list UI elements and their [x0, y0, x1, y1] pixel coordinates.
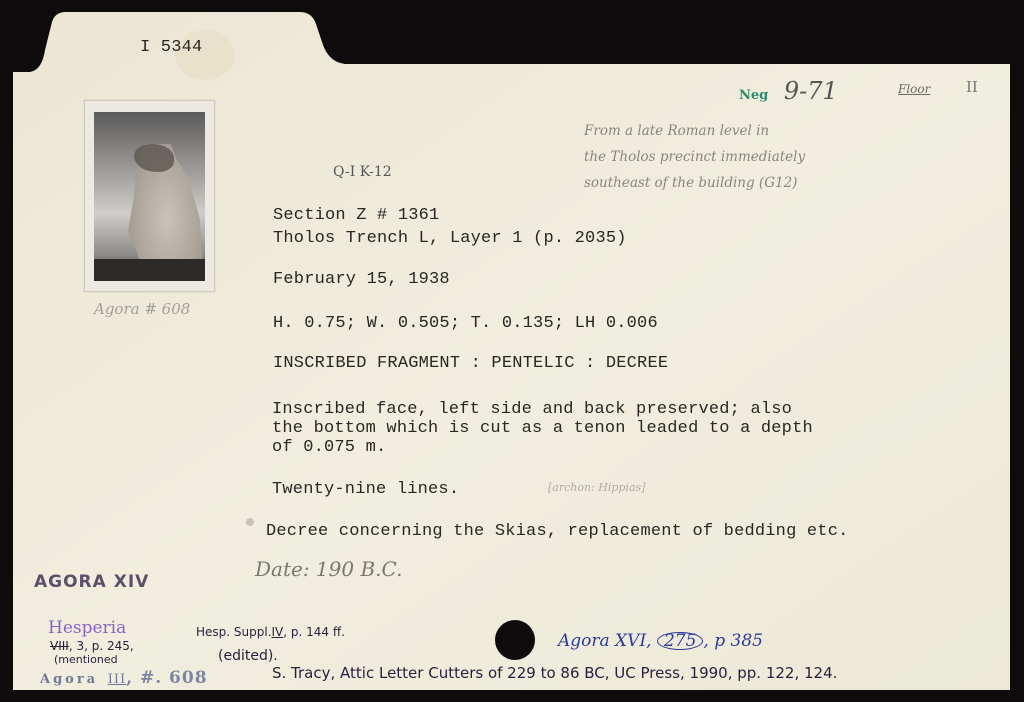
photo-ground: [94, 259, 205, 281]
findspot-line-3: southeast of the building (G12): [584, 170, 805, 196]
agora-iii-number: , #. 608: [126, 668, 207, 688]
hesp-suppl-edited: (edited).: [218, 648, 278, 664]
dimensions: H. 0.75; W. 0.505; T. 0.135; LH 0.006: [273, 314, 658, 333]
photo-caption: Agora # 608: [94, 300, 190, 318]
date-note: Date: 190 B.C.: [255, 557, 402, 581]
hesp-suppl-prefix: Hesp. Suppl.: [196, 625, 272, 639]
bullet-dot: [246, 518, 254, 526]
agora-xvi-reference: Agora XVI, 275, p 385: [558, 631, 763, 651]
tracy-reference: S. Tracy, Attic Letter Cutters of 229 to…: [272, 664, 837, 682]
hesp-suppl-page: , p. 144 ff.: [283, 625, 345, 639]
hesperia-mentioned: (mentioned: [54, 653, 118, 666]
roman-numeral: II: [966, 78, 978, 96]
lines-count: Twenty-nine lines.: [272, 480, 459, 499]
agora-iii-stamp: Agora: [40, 672, 98, 687]
object-photo: [84, 100, 215, 292]
negative-ref: Neg 9-71: [739, 77, 838, 105]
agora-iii-reference: Agora III, #. 608: [40, 668, 208, 688]
hesperia-volume: VIII: [50, 639, 69, 653]
description: Inscribed face, left side and back prese…: [272, 400, 813, 457]
grid-reference: Q-I K-12: [333, 164, 392, 180]
hesperia-reference: VIII, 3, p. 245,: [50, 639, 134, 653]
agora-xvi-number: 275: [657, 632, 703, 650]
agora-iii-volume: III: [108, 672, 126, 687]
findspot-line-1: From a late Roman level in: [584, 118, 805, 144]
findspot-note: From a late Roman level in the Tholos pr…: [584, 118, 805, 196]
catalog-card: I 5344 Neg 9-71 Floor II From a late Rom…: [0, 0, 1024, 702]
description-line-2: the bottom which is cut as a tenon leade…: [272, 419, 813, 438]
agora-xvi-page: , p 385: [703, 631, 763, 651]
hesperia-page: , 3, p. 245,: [69, 639, 134, 653]
agora-xvi-prefix: Agora XVI,: [558, 631, 652, 651]
archon-note: [archon: Hippias]: [548, 481, 645, 494]
classification: INSCRIBED FRAGMENT : PENTELIC : DECREE: [273, 354, 668, 373]
inventory-number: I 5344: [140, 38, 202, 57]
description-line-3: of 0.075 m.: [272, 438, 813, 457]
trench-layer: Tholos Trench L, Layer 1 (p. 2035): [273, 229, 627, 248]
hesperia-stamp: Hesperia: [48, 618, 126, 638]
hesp-suppl-reference: Hesp. Suppl.IV, p. 144 ff.: [196, 625, 345, 639]
subject: Decree concerning the Skias, replacement…: [266, 522, 849, 541]
description-line-1: Inscribed face, left side and back prese…: [272, 400, 813, 419]
hesp-suppl-volume: IV: [272, 625, 284, 639]
neg-number: 9-71: [784, 77, 838, 105]
section-number: Section Z # 1361: [273, 206, 439, 225]
agora-xiv-stamp: AGORA XIV: [34, 572, 149, 592]
excavation-date: February 15, 1938: [273, 270, 450, 289]
photo-image: [94, 112, 205, 281]
floor-note: Floor: [898, 82, 930, 96]
findspot-line-2: the Tholos precinct immediately: [584, 144, 805, 170]
punch-hole: [495, 620, 535, 660]
neg-stamp: Neg: [739, 88, 768, 103]
